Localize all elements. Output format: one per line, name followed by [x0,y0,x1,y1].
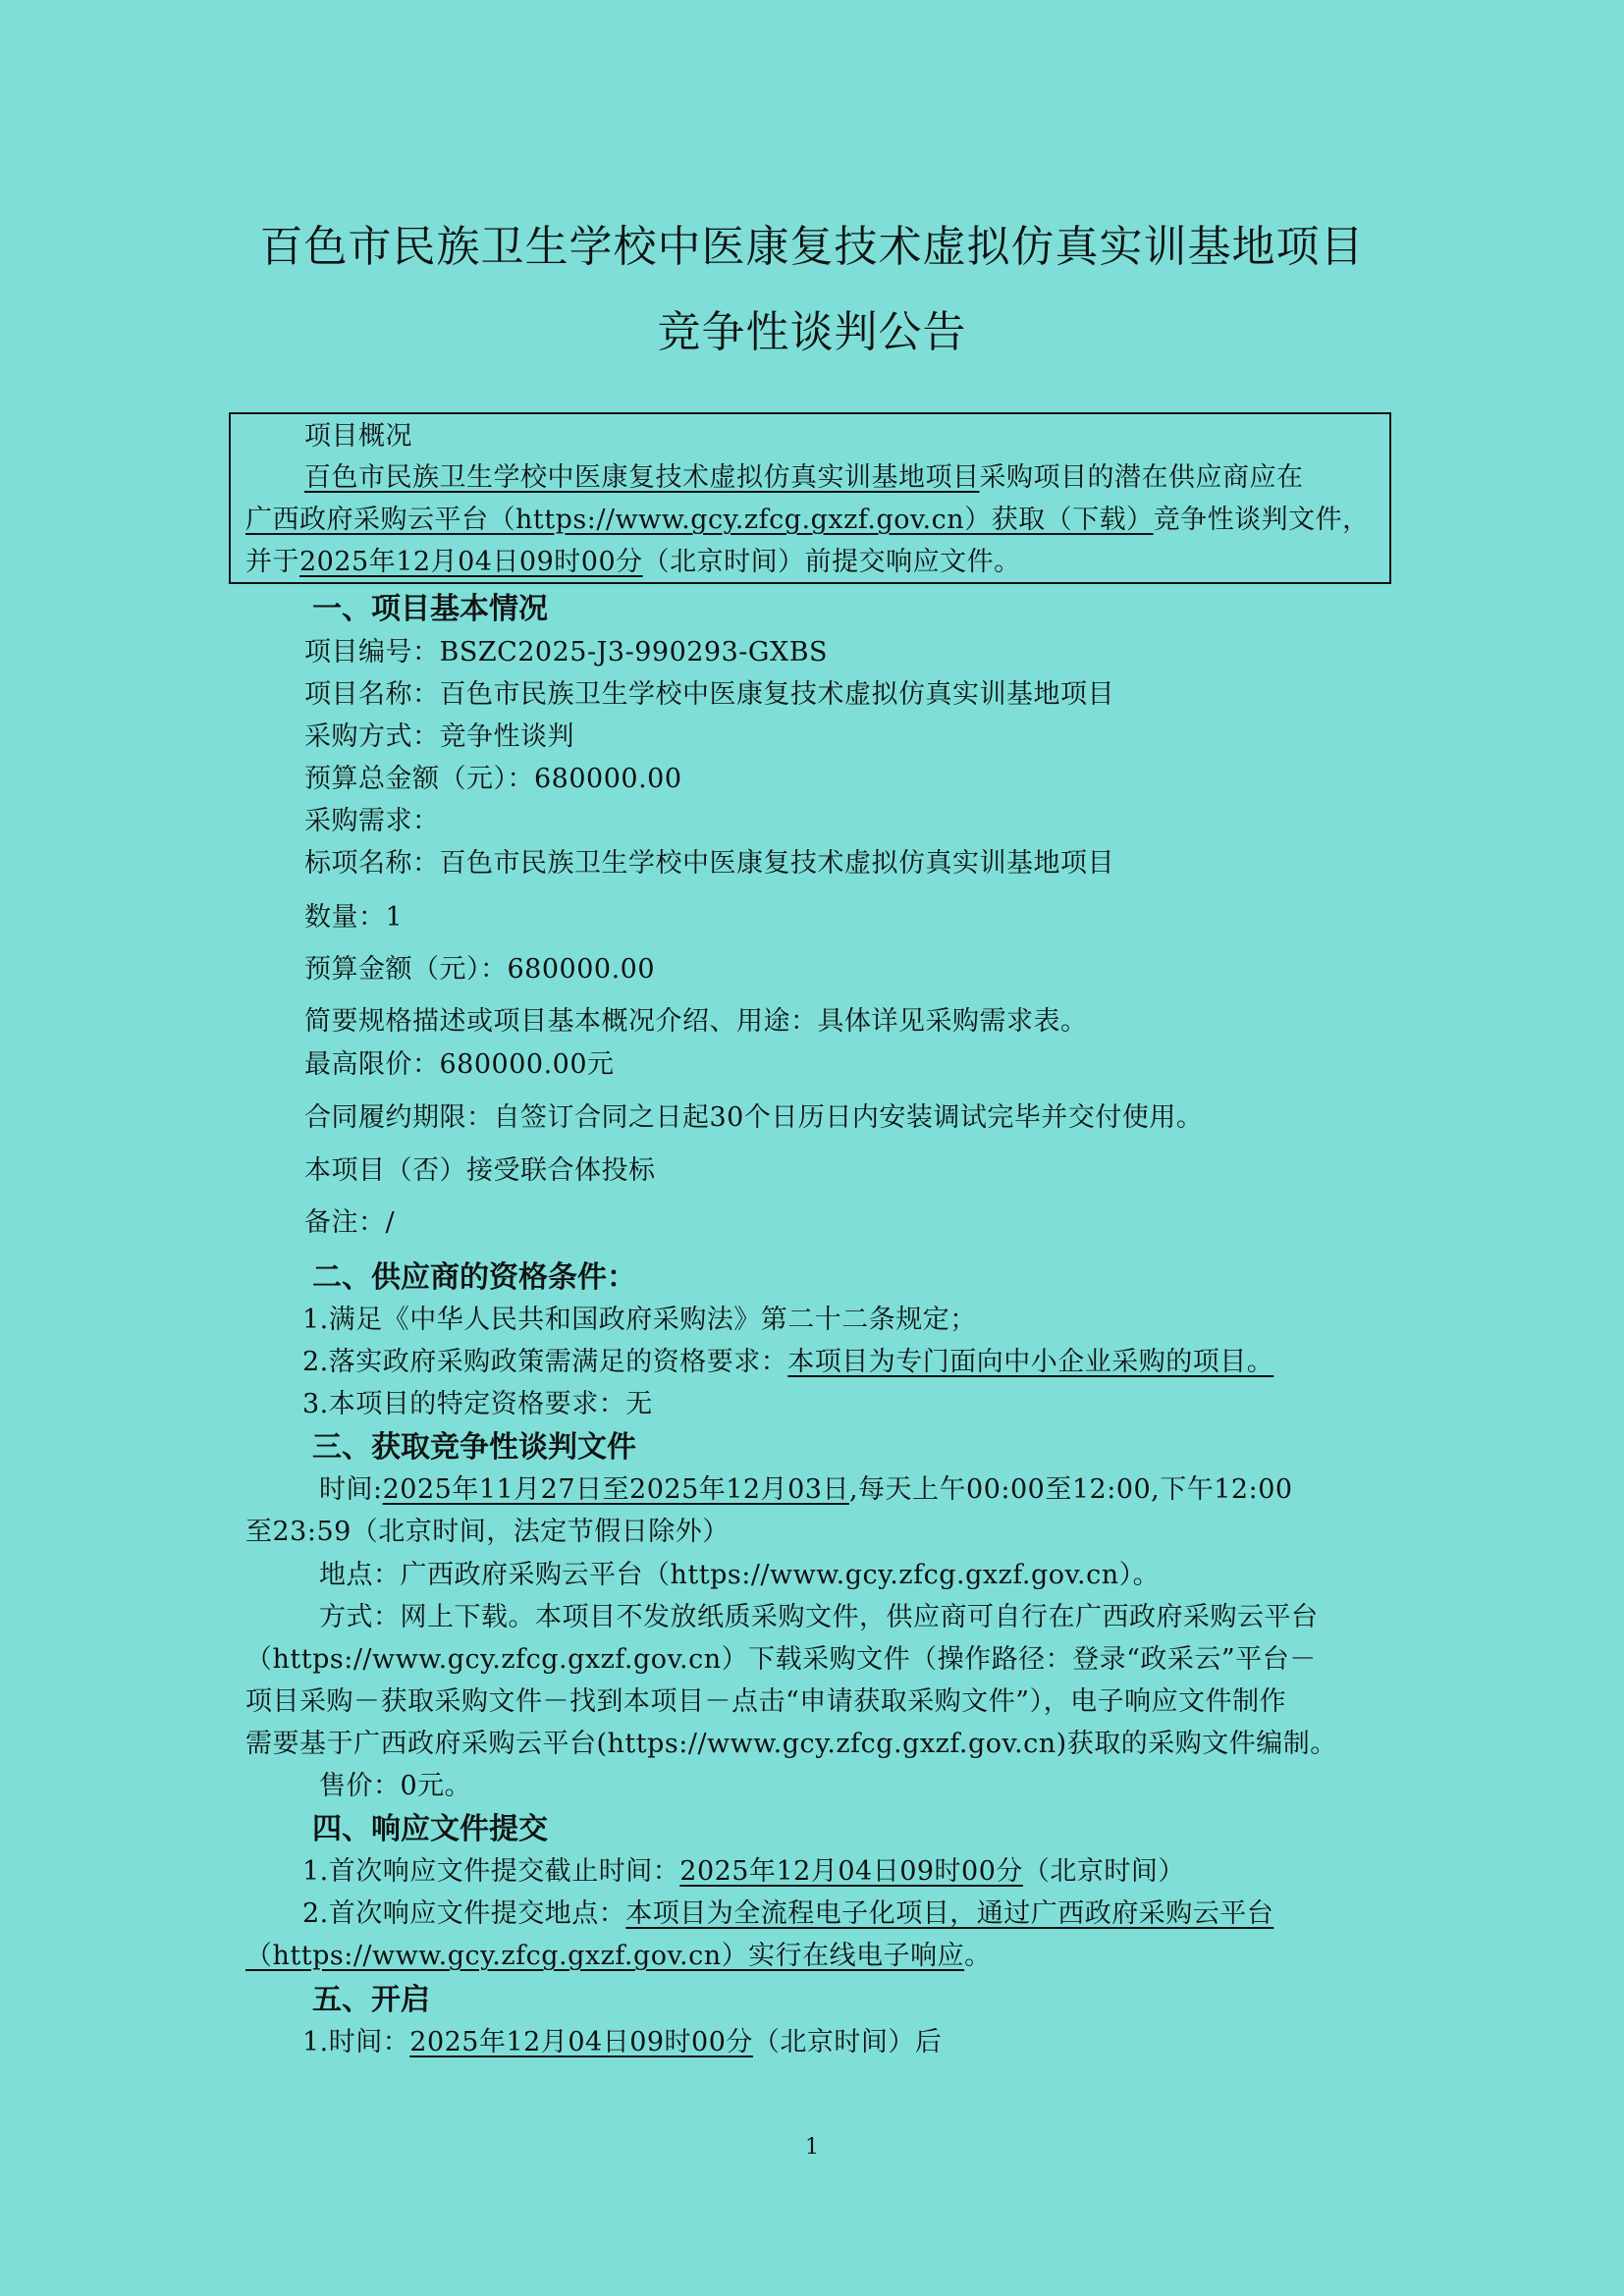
acquisition-time-line-2: 至23:59（北京时间，法定节假日除外） [245,1516,730,1549]
acquisition-method-line-1: 方式：网上下载。本项目不发放纸质采购文件，供应商可自行在广西政府采购云平台 [319,1601,1319,1634]
overview-paragraph-line-2: 广西政府采购云平台（https://www.gcy.zfcg.gxzf.gov.… [245,504,1370,537]
overview-heading: 项目概况 [304,420,412,454]
overview-paragraph-line-3: 并于2025年12月04日09时00分（北京时间）前提交响应文件。 [245,546,1021,579]
budget-amount: 预算金额（元）：680000.00 [304,953,655,987]
acquisition-method-line-4: 需要基于广西政府采购云平台(https://www.gcy.zfcg.gxzf.… [245,1728,1337,1761]
section-1-heading: 一、项目基本情况 [312,592,548,627]
procurement-method: 采购方式：竞争性谈判 [304,721,574,754]
acquisition-time-line-1: 时间:2025年11月27日至2025年12月03日,每天上午00:00至12:… [319,1473,1293,1507]
max-price: 最高限价：680000.00元 [304,1048,615,1082]
quantity: 数量：1 [304,901,403,934]
section-2-heading: 二、供应商的资格条件： [312,1260,636,1296]
opening-time-label: 1.时间： [302,2027,409,2057]
place-label: 2.首次响应文件提交地点： [302,1898,625,1929]
opening-time-note: （北京时间）后 [753,2027,943,2057]
consortium-bidding: 本项目（否）接受联合体投标 [304,1154,656,1188]
procurement-demand: 采购需求： [304,805,440,838]
submission-deadline: 1.首次响应文件提交截止时间：2025年12月04日09时00分（北京时间） [302,1855,1185,1889]
deadline-label: 1.首次响应文件提交截止时间： [302,1856,679,1887]
platform-link-text: 广西政府采购云平台（https://www.gcy.zfcg.gxzf.gov.… [245,505,1154,535]
page-number: 1 [0,2135,1624,2160]
acquisition-method-line-3: 项目采购－获取采购文件－找到本项目－点击“申请获取采购文件”），电子响应文件制作 [245,1685,1286,1719]
opening-time-underlined: 2025年12月04日09时00分 [409,2027,753,2057]
deadline-underlined: 2025年12月04日09时00分 [299,547,643,577]
submission-place-underlined: 本项目为全流程电子化项目，通过广西政府采购云平台 [625,1898,1273,1929]
time-label: 时间: [319,1474,383,1505]
document-title: 百色市民族卫生学校中医康复技术虚拟仿真实训基地项目 [0,211,1624,274]
qualification-text: 2.落实政府采购政策需满足的资格要求： [302,1347,787,1377]
acquisition-method-line-2: （https://www.gcy.zfcg.gxzf.gov.cn）下载采购文件… [245,1643,1317,1677]
overview-text: 并于 [245,547,299,577]
time-text: ,每天上午00:00至12:00,下午12:00 [849,1474,1293,1505]
submission-place-line-2: （https://www.gcy.zfcg.gxzf.gov.cn）实行在线电子… [245,1940,992,1973]
spec-description: 简要规格描述或项目基本概况介绍、用途：具体详见采购需求表。 [304,1005,1088,1039]
project-number: 项目编号：BSZC2025-J3-990293-GXBS [304,636,828,669]
qualification-item-2: 2.落实政府采购政策需满足的资格要求：本项目为专门面向中小企业采购的项目。 [302,1346,1273,1379]
submission-deadline-underlined: 2025年12月04日09时00分 [679,1856,1023,1887]
qualification-item-1: 1.满足《中华人民共和国政府采购法》第二十二条规定； [302,1304,977,1337]
overview-text: （北京时间）前提交响应文件。 [643,547,1021,577]
project-name-underlined: 百色市民族卫生学校中医康复技术虚拟仿真实训基地项目 [304,462,980,493]
remarks: 备注：/ [304,1206,395,1240]
section-5-heading: 五、开启 [312,1983,430,2018]
qualification-item-3: 3.本项目的特定资格要求：无 [302,1388,653,1421]
document-page: 百色市民族卫生学校中医康复技术虚拟仿真实训基地项目 竞争性谈判公告 项目概况 百… [0,0,1624,2296]
sme-requirement-underlined: 本项目为专门面向中小企业采购的项目。 [787,1347,1273,1377]
acquisition-place: 地点：广西政府采购云平台（https://www.gcy.zfcg.gxzf.g… [319,1559,1160,1592]
contract-period: 合同履约期限：自签订合同之日起30个日历日内安装调试完毕并交付使用。 [304,1101,1203,1135]
total-budget: 预算总金额（元）：680000.00 [304,763,682,796]
section-4-heading: 四、响应文件提交 [312,1812,548,1847]
submission-place-underlined-cont: （https://www.gcy.zfcg.gxzf.gov.cn）实行在线电子… [245,1941,964,1971]
opening-time: 1.时间：2025年12月04日09时00分（北京时间）后 [302,2026,942,2059]
overview-text: 采购项目的潜在供应商应在 [980,462,1304,493]
acquisition-period-underlined: 2025年11月27日至2025年12月03日 [383,1474,849,1505]
project-name: 项目名称：百色市民族卫生学校中医康复技术虚拟仿真实训基地项目 [304,678,1114,712]
document-price: 售价：0元。 [319,1770,471,1803]
document-subtitle: 竞争性谈判公告 [0,296,1624,359]
period: 。 [964,1941,992,1971]
lot-name: 标项名称：百色市民族卫生学校中医康复技术虚拟仿真实训基地项目 [304,847,1114,881]
timezone-note: （北京时间） [1023,1856,1185,1887]
overview-text: 竞争性谈判文件， [1154,505,1370,535]
overview-paragraph-line-1: 百色市民族卫生学校中医康复技术虚拟仿真实训基地项目采购项目的潜在供应商应在 [304,461,1304,495]
submission-place-line-1: 2.首次响应文件提交地点：本项目为全流程电子化项目，通过广西政府采购云平台 [302,1897,1273,1931]
section-3-heading: 三、获取竞争性谈判文件 [312,1430,636,1466]
